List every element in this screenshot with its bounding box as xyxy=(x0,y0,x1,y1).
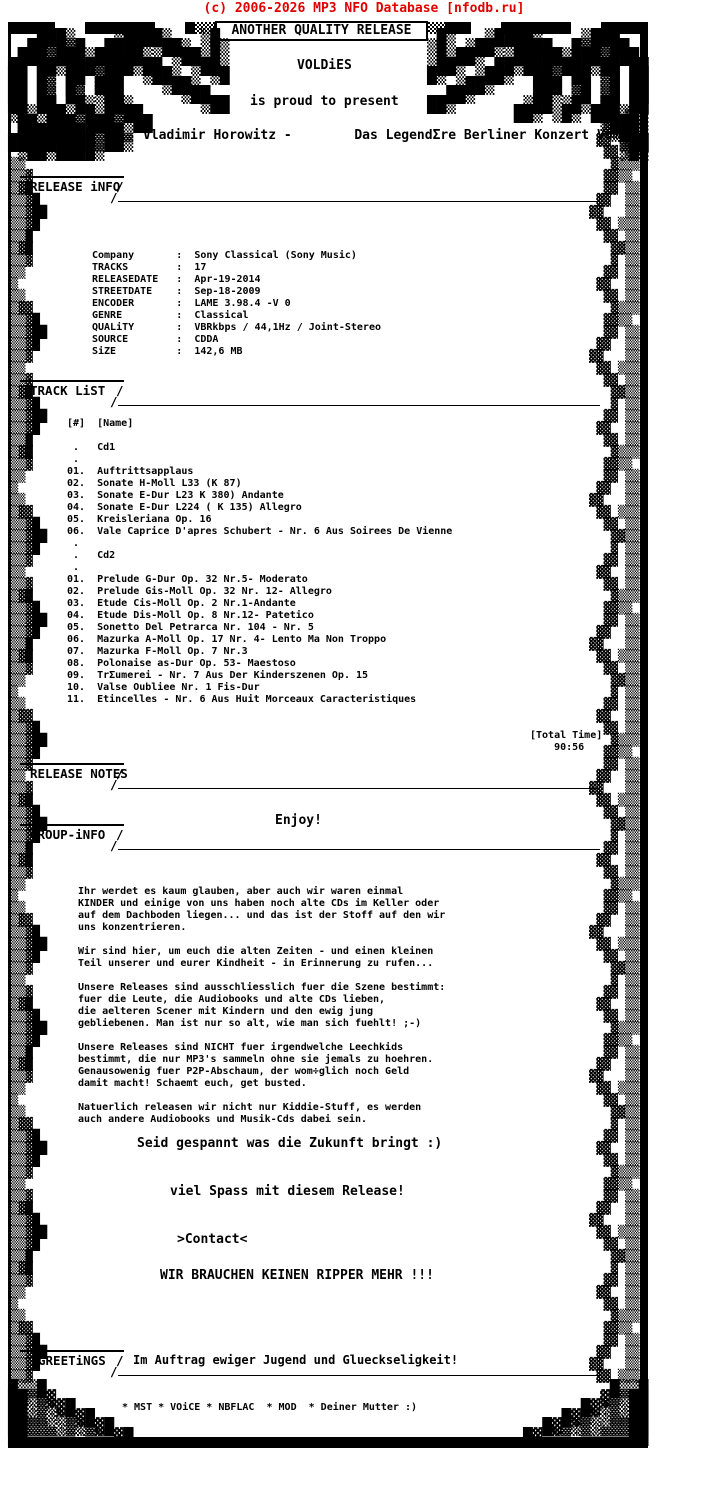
bottom-right-corner-art: █▒▒█ ▓▒▒██ █▓▒▒░▒█ █▓▒▒░▒▒██ █▓▒▒▒░▒▒▒▒█… xyxy=(523,1384,648,1441)
section-header-release-notes: RELEASE NOTES / / xyxy=(20,763,620,803)
section-overline xyxy=(20,1350,124,1352)
quality-release-box: ANOTHER QUALITY RELEASE xyxy=(215,21,428,41)
release-info-fields: Company : Sony Classical (Sony Music) TR… xyxy=(92,250,381,358)
quality-release-label: ANOTHER QUALITY RELEASE xyxy=(231,23,411,38)
site-watermark: (c) 2006-2026 MP3 NFO Database [nfodb.ru… xyxy=(0,1,728,16)
contact-label: >Contact< xyxy=(177,1233,247,1247)
banner-tagline: is proud to present xyxy=(250,95,399,109)
section-rule xyxy=(118,788,600,789)
slash-decor: / xyxy=(110,1364,118,1379)
section-label: GROUP-iNFO xyxy=(30,827,105,842)
ripper-line: WIR BRAUCHEN KEINEN RIPPER MEHR !!! xyxy=(160,1269,434,1283)
section-header-group-info: GROUP-iNFO / / xyxy=(20,824,620,864)
slash-decor: / xyxy=(110,777,118,792)
section-rule xyxy=(118,405,600,406)
section-label: GREETiNGS xyxy=(38,1353,106,1368)
section-overline xyxy=(20,763,124,765)
track-list: [#] [Name] . Cd1 . 01. Auftrittsapplaus … xyxy=(67,418,452,706)
section-label: RELEASE iNFO xyxy=(30,179,120,194)
section-header-track-list: TRACK LiST / / xyxy=(20,380,620,420)
section-label: TRACK LiST xyxy=(30,383,105,398)
frame-right-bar xyxy=(640,22,648,1448)
slash-decor: / xyxy=(110,190,118,205)
fun-line: viel Spass mit diesem Release! xyxy=(170,1185,405,1199)
section-header-release-info: RELEASE iNFO / / xyxy=(20,176,620,216)
section-rule xyxy=(118,849,600,850)
section-overline xyxy=(20,380,124,382)
slash-decor: / xyxy=(110,394,118,409)
bottom-left-corner-art: █▒▒█ ██▒▒▓ █▒░▒▒▓█ ██▒▒░▒▒▓█ █▒▒▒▒░▒▒▒▓█… xyxy=(8,1384,133,1441)
greeted-groups-line: * MST * VOiCE * NBFLAC * MOD * Deiner Mu… xyxy=(122,1402,417,1414)
group-info-text: Ihr werdet es kaum glauben, aber auch wi… xyxy=(78,886,445,1126)
greetings-motto: Im Auftrag ewiger Jugend und Glueckselig… xyxy=(133,1353,458,1367)
total-time: [Total Time] 90:56 xyxy=(530,730,602,754)
nfo-page: (c) 2006-2026 MP3 NFO Database [nfodb.ru… xyxy=(0,0,728,1488)
section-overline xyxy=(20,824,124,826)
section-overline xyxy=(20,176,124,178)
slash-decor: / xyxy=(110,838,118,853)
hype-line: Seid gespannt was die Zukunft bringt :) xyxy=(137,1137,442,1151)
section-rule xyxy=(118,201,600,202)
release-title: Vladimir Horowitz - Das LegendΣre Berlin… xyxy=(143,129,620,143)
group-name: VOLDiES xyxy=(297,59,352,73)
section-rule xyxy=(118,1375,600,1376)
